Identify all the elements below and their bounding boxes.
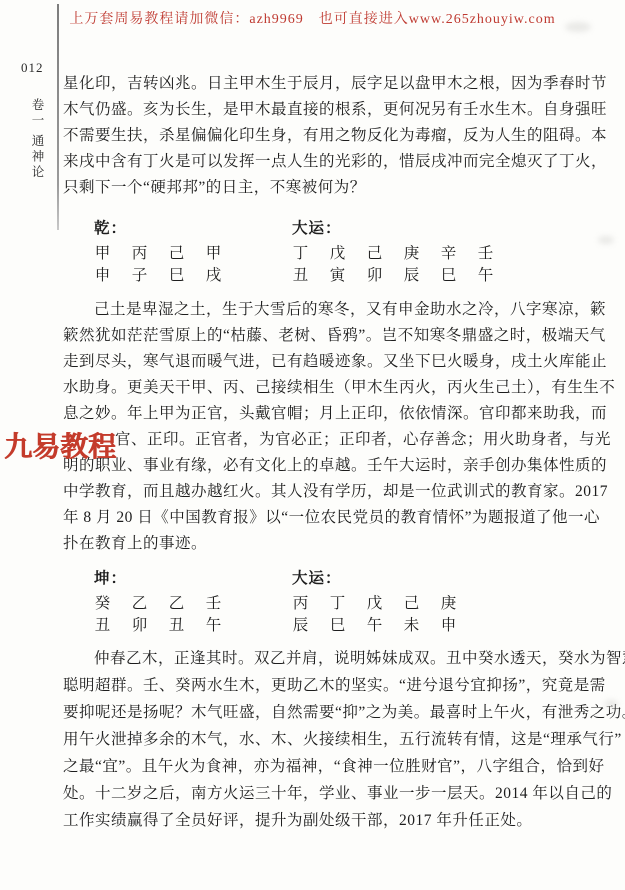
text-line-behind-watermark: 官、正印。正官者，为官必正；正印者，心存善念；用火助身者，与光 — [63, 427, 619, 453]
pillar-char: 丙 — [292, 592, 309, 616]
pillar-char: 午 — [366, 614, 383, 638]
pillar-char: 未 — [403, 614, 420, 638]
kun-stems-row: 癸乙乙壬 — [94, 592, 242, 616]
volume-label: 卷一 — [28, 98, 46, 129]
section-label: 通神论 — [28, 134, 46, 181]
pillar-char: 辰 — [292, 614, 309, 638]
kun-branches-row: 丑卯丑午 — [94, 614, 242, 638]
pillar-char: 甲 — [205, 242, 222, 266]
pillar-char: 己 — [366, 242, 383, 266]
pillar-char: 甲 — [94, 242, 111, 266]
pillar-char: 戌 — [205, 264, 222, 288]
text-line: 要抑呢还是扬呢？木气旺盛，自然需要“抑”之为美。最喜时上午火，有泄秀之功。 — [63, 699, 619, 726]
pillar-char: 己 — [403, 592, 420, 616]
pillar-char: 午 — [477, 264, 494, 288]
pillar-char: 丁 — [329, 592, 346, 616]
paragraph-2: 己土是卑湿之土，生于大雪后的寒冬，又有申金助水之冷，八字寒凉，簌 簌然犹如茫茫雪… — [63, 297, 619, 557]
pillar-char: 丑 — [94, 614, 111, 638]
text-line: 星化印，吉转凶兆。日主甲木生于辰月，辰字足以盘甲木之根，因为季春时节 — [63, 71, 619, 97]
qian-dayun-stems-row: 丁戊己庚辛壬 — [292, 242, 514, 266]
pillar-char: 辰 — [403, 264, 420, 288]
pillar-char: 壬 — [477, 242, 494, 266]
text-line: 己土是卑湿之土，生于大雪后的寒冬，又有申金助水之冷，八字寒凉，簌 — [63, 297, 619, 323]
text-line: 只剩下一个“硬邦邦”的日主，不寒被何为？ — [63, 175, 619, 201]
text-line: 用午火泄掉多余的木气，水、木、火接续相生，五行流转有情，这是“理承气行” — [63, 726, 619, 753]
pillar-char: 乙 — [131, 592, 148, 616]
text-line: 水助身。更美天干甲、丙、己接续相生（甲木生丙火，丙火生己土），有生生不 — [63, 375, 619, 401]
pillar-char: 卯 — [131, 614, 148, 638]
pillar-char: 癸 — [94, 592, 111, 616]
text-line: 中学教育，而且越办越红火。其人没有学历，却是一位武训式的教育家。2017 — [63, 479, 619, 505]
pillar-char: 乙 — [168, 592, 185, 616]
pillar-char: 巳 — [329, 614, 346, 638]
pillar-char: 戊 — [366, 592, 383, 616]
text-line: 聪明超群。壬、癸两水生木，更助乙木的坚实。“进兮退兮宜抑扬”，究竟是需 — [63, 672, 619, 699]
text-line: 年 8 月 20 日《中国教育报》以“一位农民党员的教育情怀”为题报道了他一心 — [63, 505, 619, 531]
qian-dayun-label: 大运： — [292, 216, 342, 242]
qian-stems-row: 甲丙己甲 — [94, 242, 242, 266]
header-banner: 上万套周易教程请加微信：azh9969 也可直接进入www.265zhouyiw… — [0, 8, 625, 28]
pillar-char: 戊 — [329, 242, 346, 266]
text-line: 息之妙。年上甲为正官，头戴官帽；月上正印，依依情深。官印都来助我，而 — [63, 401, 619, 427]
text-line: 不需要生扶，杀星偏偏化印生身，有用之物反化为毒瘤，反为人生的阻碍。本 — [63, 123, 619, 149]
pillar-char: 丑 — [292, 264, 309, 288]
pillar-char: 子 — [131, 264, 148, 288]
pillar-char: 申 — [440, 614, 457, 638]
paragraph-1: 星化印，吉转凶兆。日主甲木生于辰月，辰字足以盘甲木之根，因为季春时节 木气仍盛。… — [63, 71, 619, 201]
qian-branches-row: 申子巳戌 — [94, 264, 242, 288]
pillar-char: 巳 — [440, 264, 457, 288]
pillar-char: 壬 — [205, 592, 222, 616]
pillar-char: 申 — [94, 264, 111, 288]
pillar-char: 丙 — [131, 242, 148, 266]
text-line: 明的职业、事业有缘，必有文化上的卓越。壬午大运时，亲手创办集体性质的 — [63, 453, 619, 479]
paragraph-3: 仲春乙木，正逢其时。双乙并肩，说明姊妹成双。丑中癸水透天，癸水为智慧， 聪明超群… — [63, 645, 619, 834]
text-line: 处。十二岁之后，南方火运三十年，学业、事业一步一层天。2014 年以自己的 — [63, 780, 619, 807]
kun-chart-label: 坤： — [94, 566, 127, 592]
page-number: 012 — [21, 60, 44, 76]
pillar-char: 卯 — [366, 264, 383, 288]
scan-smudge — [565, 22, 591, 32]
kun-dayun-stems-row: 丙丁戊己庚 — [292, 592, 477, 616]
kun-dayun-branches-row: 辰巳午未申 — [292, 614, 477, 638]
text-line: 扑在教育上的事迹。 — [63, 531, 619, 557]
pillar-char: 己 — [168, 242, 185, 266]
text-line: 木气仍盛。亥为长生，是甲木最直接的根系，更何况另有壬水生木。自身强旺 — [63, 97, 619, 123]
pillar-char: 巳 — [168, 264, 185, 288]
qian-chart-label: 乾： — [94, 216, 127, 242]
qian-dayun-branches-row: 丑寅卯辰巳午 — [292, 264, 514, 288]
text-line: 来戌中含有丁火是可以发挥一点人生的光彩的，惜辰戌冲而完全熄灭了丁火， — [63, 149, 619, 175]
pillar-char: 寅 — [329, 264, 346, 288]
scan-smudge — [604, 700, 618, 708]
pillar-char: 辛 — [440, 242, 457, 266]
pillar-char: 庚 — [440, 592, 457, 616]
pillar-char: 庚 — [403, 242, 420, 266]
scanned-book-page: { "theme": { "header_color": "#bf3a31", … — [0, 0, 625, 890]
text-line: 仲春乙木，正逢其时。双乙并肩，说明姊妹成双。丑中癸水透天，癸水为智慧， — [63, 645, 619, 672]
kun-dayun-label: 大运： — [292, 566, 342, 592]
scan-smudge — [598, 236, 614, 244]
margin-divider-line — [57, 4, 59, 230]
pillar-char: 丑 — [168, 614, 185, 638]
text-line: 簌然犹如茫茫雪原上的“枯藤、老树、昏鸦”。岂不知寒冬鼎盛之时，极端天气 — [63, 323, 619, 349]
text-line: 工作实绩赢得了全员好评，提升为副处级干部，2017 年升任正处。 — [63, 807, 619, 834]
watermark-stamp: 九易教程 — [4, 425, 116, 465]
text-line: 之最“宜”。且午火为食神，亦为福神，“食神一位胜财官”，八字组合，恰到好 — [63, 753, 619, 780]
text-line: 走到尽头，寒气退而暖气进，已有趋暖迹象。又坐下巳火暖身，戌土火库能止 — [63, 349, 619, 375]
pillar-char: 午 — [205, 614, 222, 638]
pillar-char: 丁 — [292, 242, 309, 266]
